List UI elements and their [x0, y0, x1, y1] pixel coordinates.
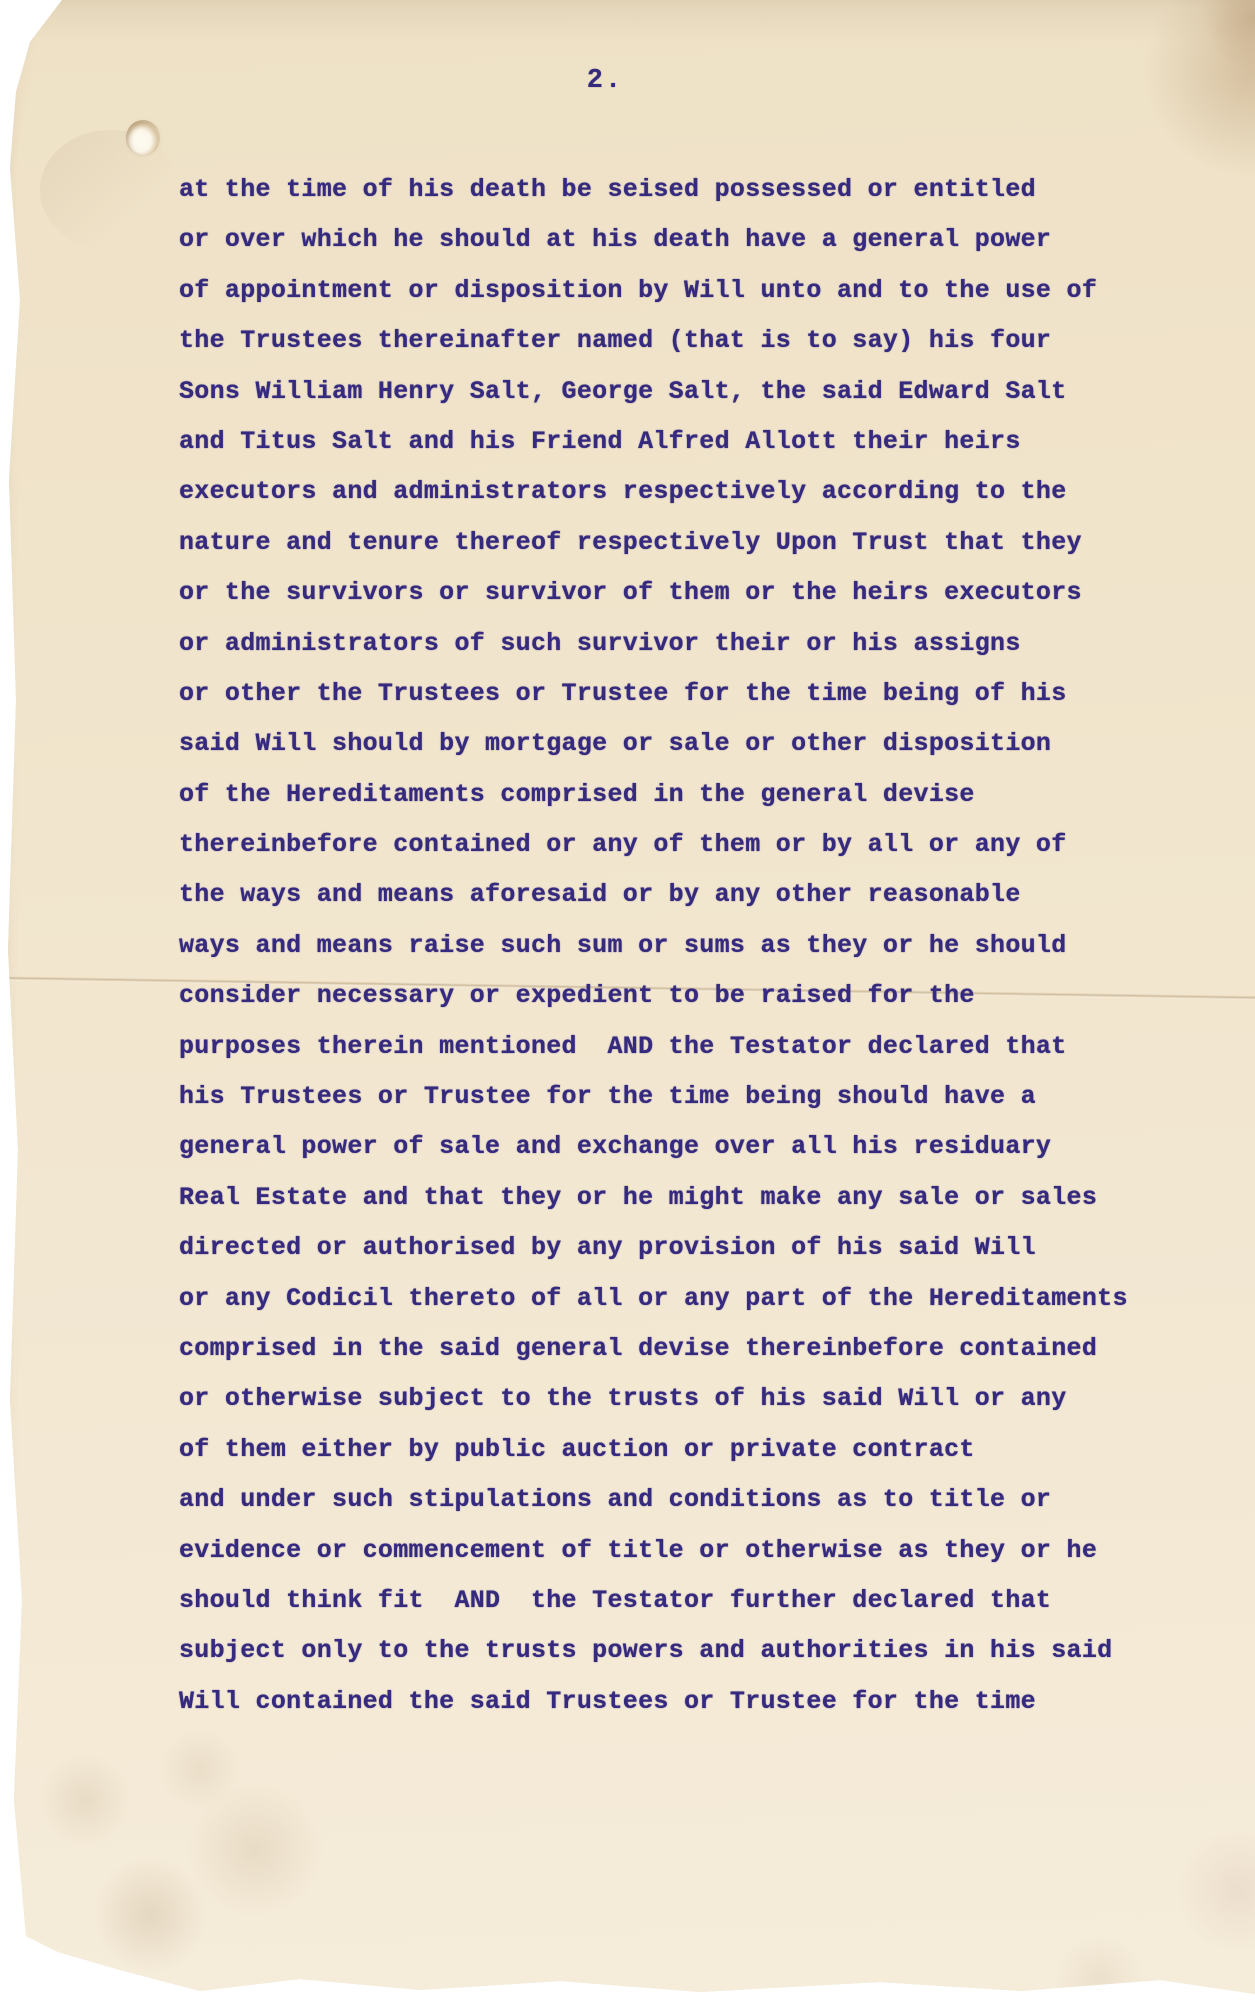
text-line: thereinbefore contained or any of them o… — [179, 820, 1139, 870]
text-line: comprised in the said general devise the… — [179, 1324, 1139, 1374]
page-number: 2. — [545, 66, 665, 96]
text-line: the ways and means aforesaid or by any o… — [179, 870, 1139, 920]
text-line: executors and administrators respectivel… — [179, 467, 1139, 517]
text-line: or over which he should at his death hav… — [179, 215, 1139, 265]
body-text: at the time of his death be seised posse… — [179, 165, 1139, 1727]
text-line: consider necessary or expedient to be ra… — [179, 971, 1139, 1021]
text-line: and under such stipulations and conditio… — [179, 1475, 1139, 1525]
text-line: Real Estate and that they or he might ma… — [179, 1173, 1139, 1223]
text-line: ways and means raise such sum or sums as… — [179, 921, 1139, 971]
text-line: general power of sale and exchange over … — [179, 1122, 1139, 1172]
text-line: Sons William Henry Salt, George Salt, th… — [179, 367, 1139, 417]
text-line: of appointment or disposition by Will un… — [179, 266, 1139, 316]
text-line: or any Codicil thereto of all or any par… — [179, 1274, 1139, 1324]
text-line: the Trustees thereinafter named (that is… — [179, 316, 1139, 366]
text-line: said Will should by mortgage or sale or … — [179, 719, 1139, 769]
text-line: his Trustees or Trustee for the time bei… — [179, 1072, 1139, 1122]
text-line: Will contained the said Trustees or Trus… — [179, 1677, 1139, 1727]
text-line: of the Hereditaments comprised in the ge… — [179, 770, 1139, 820]
text-line: evidence or commencement of title or oth… — [179, 1526, 1139, 1576]
paper-hole — [126, 120, 160, 156]
text-line: purposes therein mentioned AND the Testa… — [179, 1022, 1139, 1072]
text-line: subject only to the trusts powers and au… — [179, 1626, 1139, 1676]
text-line: or otherwise subject to the trusts of hi… — [179, 1374, 1139, 1424]
text-line: directed or authorised by any provision … — [179, 1223, 1139, 1273]
text-line: should think fit AND the Testator furthe… — [179, 1576, 1139, 1626]
text-line: or the survivors or survivor of them or … — [179, 568, 1139, 618]
text-line: at the time of his death be seised posse… — [179, 165, 1139, 215]
text-line: of them either by public auction or priv… — [179, 1425, 1139, 1475]
text-line: or other the Trustees or Trustee for the… — [179, 669, 1139, 719]
text-line: or administrators of such survivor their… — [179, 619, 1139, 669]
paper-smudge — [40, 130, 180, 250]
text-line: nature and tenure thereof respectively U… — [179, 518, 1139, 568]
document-page: 2. at the time of his death be seised po… — [0, 0, 1255, 2000]
text-line: and Titus Salt and his Friend Alfred All… — [179, 417, 1139, 467]
